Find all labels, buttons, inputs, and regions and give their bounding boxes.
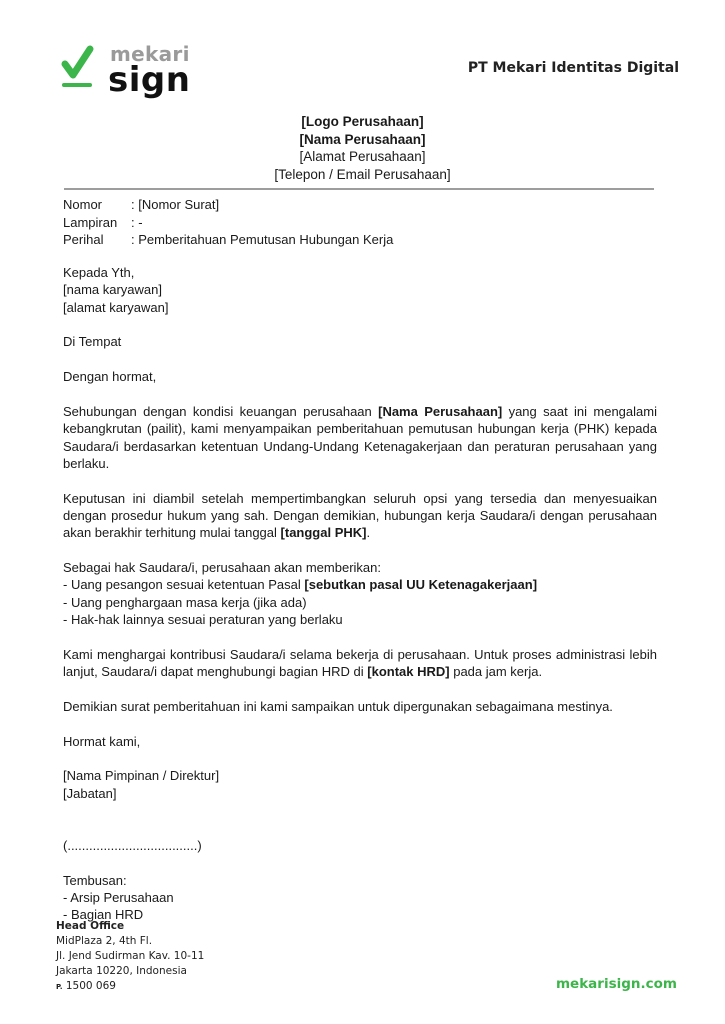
- meta-label: Nomor: [63, 196, 131, 214]
- cc-item: - Arsip Perusahaan: [63, 889, 657, 906]
- recipient-name: [nama karyawan]: [63, 281, 657, 298]
- rights-item: - Uang penghargaan masa kerja (jika ada): [63, 594, 657, 611]
- recipient-greeting: Kepada Yth,: [63, 264, 657, 281]
- company-name: PT Mekari Identitas Digital: [468, 60, 679, 76]
- signer-position: [Jabatan]: [63, 785, 657, 802]
- meta-row-nomor: Nomor : [Nomor Surat]: [63, 196, 393, 214]
- footer-address: Head Office MidPlaza 2, 4th Fl. Jl. Jend…: [56, 919, 204, 995]
- rights-intro: Sebagai hak Saudara/i, perusahaan akan m…: [63, 559, 657, 576]
- letterhead-name: [Nama Perusahaan]: [0, 131, 725, 149]
- meta-value: : Pemberitahuan Pemutusan Hubungan Kerja: [131, 231, 393, 249]
- address-line: Jakarta 10220, Indonesia: [56, 964, 204, 979]
- mekari-sign-logo: mekari sign: [60, 44, 180, 96]
- rights-item: - Hak-hak lainnya sesuai peraturan yang …: [63, 611, 657, 628]
- signature-line: (....................................): [63, 837, 657, 854]
- recipient-place: Di Tempat: [63, 333, 657, 350]
- letter-meta: Nomor : [Nomor Surat] Lampiran : - Perih…: [63, 196, 393, 249]
- address-line: MidPlaza 2, 4th Fl.: [56, 934, 204, 949]
- cc-title: Tembusan:: [63, 872, 657, 889]
- head-office-label: Head Office: [56, 919, 204, 934]
- letter-body: Kepada Yth, [nama karyawan] [alamat kary…: [63, 264, 657, 924]
- phone-line: P. 1500 069: [56, 979, 204, 995]
- meta-value: : -: [131, 214, 143, 232]
- phone-number: 1500 069: [66, 980, 116, 992]
- letterhead-divider: [64, 188, 654, 190]
- paragraph-2: Keputusan ini diambil setelah mempertimb…: [63, 490, 657, 542]
- rights-item: - Uang pesangon sesuai ketentuan Pasal […: [63, 576, 657, 593]
- meta-label: Perihal: [63, 231, 131, 249]
- website-link[interactable]: mekarisign.com: [556, 976, 677, 992]
- logo-text-sign: sign: [108, 60, 190, 100]
- phone-label: P.: [56, 983, 63, 991]
- letterhead: [Logo Perusahaan] [Nama Perusahaan] [Ala…: [0, 113, 725, 183]
- meta-label: Lampiran: [63, 214, 131, 232]
- letterhead-contact: [Telepon / Email Perusahaan]: [0, 166, 725, 184]
- salutation: Dengan hormat,: [63, 368, 657, 385]
- signer-name: [Nama Pimpinan / Direktur]: [63, 767, 657, 784]
- letterhead-address: [Alamat Perusahaan]: [0, 148, 725, 166]
- letterhead-logo: [Logo Perusahaan]: [0, 113, 725, 131]
- signoff-closing: Hormat kami,: [63, 733, 657, 750]
- meta-value: : [Nomor Surat]: [131, 196, 219, 214]
- checkmark-logo-icon: [60, 44, 96, 90]
- paragraph-3: Kami menghargai kontribusi Saudara/i sel…: [63, 646, 657, 681]
- address-line: Jl. Jend Sudirman Kav. 10-11: [56, 949, 204, 964]
- meta-row-lampiran: Lampiran : -: [63, 214, 393, 232]
- recipient-address: [alamat karyawan]: [63, 299, 657, 316]
- closing-sentence: Demikian surat pemberitahuan ini kami sa…: [63, 698, 657, 715]
- meta-row-perihal: Perihal : Pemberitahuan Pemutusan Hubung…: [63, 231, 393, 249]
- paragraph-1: Sehubungan dengan kondisi keuangan perus…: [63, 403, 657, 472]
